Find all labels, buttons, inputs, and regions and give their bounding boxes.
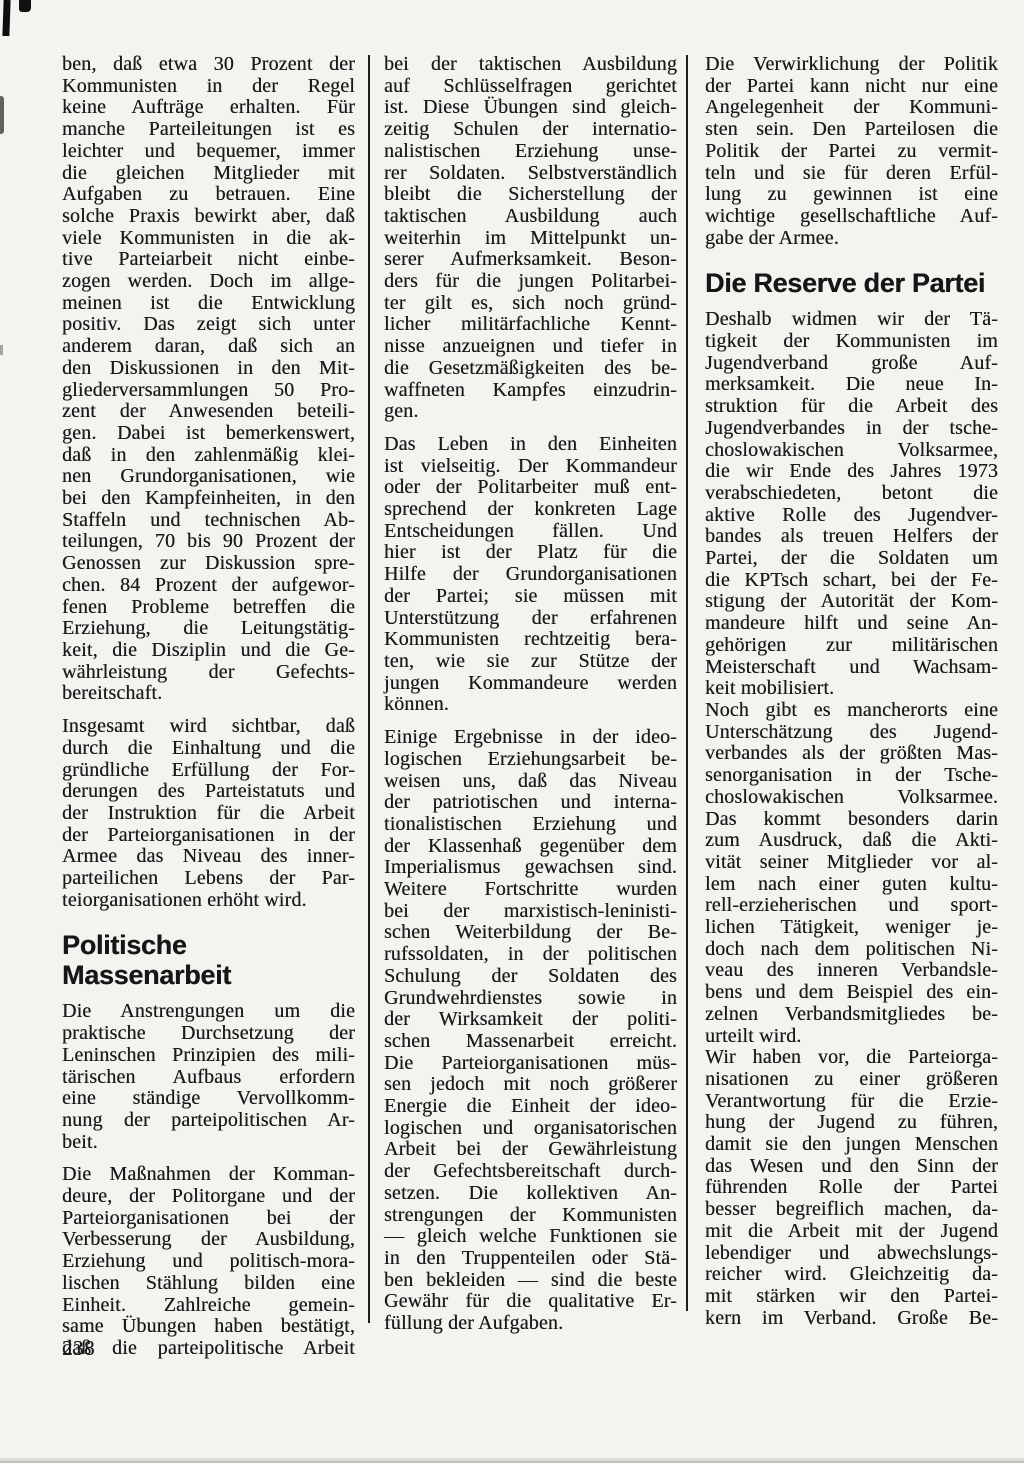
text-line: Die Parteiorganisationen müs- [384, 1053, 677, 1075]
text-line: verbandes als der größten Mas- [705, 743, 998, 765]
text-line: leichter und bequemer, immer [62, 141, 355, 163]
text-line: Erziehung und politisch-mora- [62, 1251, 355, 1273]
page-number: 238 [62, 1336, 95, 1361]
text-line: tionalistischen Erziehung und [384, 814, 677, 836]
text-line: Verantwortung für die Erzie- [705, 1091, 998, 1113]
text-line: mit die Arbeit mit der Jugend [705, 1221, 998, 1243]
text-line: sten sein. Den Parteilosen die [705, 119, 998, 141]
text-line: keit, die Disziplin und die Ge- [62, 640, 355, 662]
text-line: Einheit. Zahlreiche gemein- [62, 1295, 355, 1317]
scan-mark [19, 0, 31, 12]
text-line: reicher wird. Gleichzeitig da- [705, 1264, 998, 1286]
text-line: ist vielseitig. Der Kommandeur [384, 456, 677, 478]
text-line: strengungen der Kommunisten [384, 1205, 677, 1227]
text-line: chen. 84 Prozent der aufgewor- [62, 575, 355, 597]
text-line: die gleichen Mitglieder mit [62, 163, 355, 185]
text-line: bens und dem Beispiel des ein- [705, 982, 998, 1004]
column-divider-right [686, 55, 688, 1311]
text-line: daß die parteipolitische Arbeit [62, 1338, 355, 1360]
text-line: gen. Dabei ist bemerkenswert, [62, 423, 355, 445]
text-line: ist. Diese Übungen sind gleich- [384, 97, 677, 119]
text-line: Deshalb widmen wir der Tä- [705, 309, 998, 331]
text-line: Insgesamt wird sichtbar, daß [62, 716, 355, 738]
text-line: waffneten Kampfes einzudrin- [384, 380, 677, 402]
text-line: doch nach dem politischen Ni- [705, 939, 998, 961]
text-line: verabschiedeten, betont die [705, 483, 998, 505]
text-line: same Übungen haben bestätigt, [62, 1316, 355, 1338]
text-line: parteilichen Lebens der Par- [62, 868, 355, 890]
text-line: sprechend der konkreten Lage [384, 499, 677, 521]
text-line: zogen werden. Doch im allge- [62, 271, 355, 293]
text-line: der Parteiorganisationen in der [62, 825, 355, 847]
text-line: rufssoldaten, in der politischen [384, 944, 677, 966]
text-line: das Wesen und den Sinn der [705, 1156, 998, 1178]
text-line: keine Aufträge erhalten. Für [62, 97, 355, 119]
text-line: logischen und organisatorischen [384, 1118, 677, 1140]
text-line: gen. [384, 401, 677, 423]
text-line: ben, daß etwa 30 Prozent der [62, 54, 355, 76]
text-line: meinen ist die Entwicklung [62, 293, 355, 315]
text-line: bei der taktischen Ausbildung [384, 54, 677, 76]
text-line: zent der Anwesenden beteili- [62, 401, 355, 423]
text-line: füllung der Aufgaben. [384, 1313, 677, 1335]
text-line: Kommunisten rechtzeitig bera- [384, 629, 677, 651]
text-line: der Gefechtsbereitschaft durch- [384, 1161, 677, 1183]
text-line: veau des inneren Verbandsle- [705, 960, 998, 982]
text-line: Noch gibt es mancherorts eine [705, 700, 998, 722]
text-line: auf Schlüsselfragen gerichtet [384, 76, 677, 98]
text-line: choslowakischen Volksarmee. [705, 787, 998, 809]
text-line: gliederversammlungen 50 Pro- [62, 380, 355, 402]
text-line: die wir Ende des Jahres 1973 [705, 461, 998, 483]
text-line: nisationen zu einer größeren [705, 1069, 998, 1091]
text-line: stigung der Autorität der Kom- [705, 591, 998, 613]
text-line: mandeure hilft und seine An- [705, 613, 998, 635]
scan-mark [0, 345, 3, 355]
text-line: bei der marxistisch-leninisti- [384, 901, 677, 923]
section-heading: Die Reserve der Partei [705, 268, 998, 298]
text-line: Jugendverbandes in der tsche- [705, 418, 998, 440]
text-line: Kommunisten in der Regel [62, 76, 355, 98]
text-line: jungen Kommandeure werden [384, 673, 677, 695]
text-line: zeitig Schulen der internatio- [384, 119, 677, 141]
text-line: Einige Ergebnisse in der ideo- [384, 727, 677, 749]
paragraph: Wir haben vor, die Parteiorga-nisationen… [705, 1047, 998, 1329]
text-line: Jugendverband große Auf- [705, 353, 998, 375]
text-line: solche Praxis bewirkt aber, daß [62, 206, 355, 228]
text-line: besser begreiflich machen, da- [705, 1199, 998, 1221]
text-line: rer Soldaten. Selbstverständlich [384, 163, 677, 185]
text-line: Unterschätzung des Jugend- [705, 722, 998, 744]
text-line: nalistischen Erziehung unse- [384, 141, 677, 163]
scan-mark [2, 0, 10, 36]
text-line: struktion für die Arbeit des [705, 396, 998, 418]
text-line: lischen Stählung bilden eine [62, 1273, 355, 1295]
document-page: ben, daß etwa 30 Prozent derKommunisten … [0, 0, 1024, 1463]
text-line: nen Grundorganisationen, wie [62, 466, 355, 488]
text-line: bandes als treuen Helfers der [705, 526, 998, 548]
text-line: ders für die jungen Politarbei- [384, 271, 677, 293]
text-line: können. [384, 694, 677, 716]
text-line: Angelegenheit der Kommuni- [705, 97, 998, 119]
text-line: setzen. Die kollektiven An- [384, 1183, 677, 1205]
text-line: nung der parteipolitischen Ar- [62, 1110, 355, 1132]
text-line: den Diskussionen in den Mit- [62, 358, 355, 380]
text-line: teiorganisationen erhöht wird. [62, 890, 355, 912]
text-line: Entscheidungen fällen. Und [384, 521, 677, 543]
paragraph: Die Maßnahmen der Komman-deure, der Poli… [62, 1164, 355, 1359]
text-line: teln und sie für deren Erfül- [705, 163, 998, 185]
text-line: hung der Jugend zu führen, [705, 1112, 998, 1134]
column-2: bei der taktischen Ausbildungauf Schlüss… [384, 54, 677, 1335]
text-line: Aufgaben zu betrauen. Eine [62, 184, 355, 206]
text-line: anderem daran, daß sich an [62, 336, 355, 358]
text-line: Erziehung, die Leitungstätig- [62, 618, 355, 640]
text-line: serer Aufmerksamkeit. Beson- [384, 249, 677, 271]
paragraph: Deshalb widmen wir der Tä-tigkeit der Ko… [705, 309, 998, 700]
paragraph: Insgesamt wird sichtbar, daßdurch die Ei… [62, 716, 355, 911]
text-line: die KPTsch schart, bei der Fe- [705, 570, 998, 592]
scan-mark [0, 96, 4, 134]
text-line: der Klassenhaß gegenüber dem [384, 836, 677, 858]
column-divider-left [368, 55, 370, 1323]
text-line: der Partei kann nicht nur eine [705, 76, 998, 98]
text-line: Armee das Niveau des inner- [62, 846, 355, 868]
text-line: weisen uns, daß das Niveau [384, 771, 677, 793]
text-line: choslowakischen Volksarmee, [705, 440, 998, 462]
text-line: mit stärken wir den Partei- [705, 1286, 998, 1308]
text-line: Wir haben vor, die Parteiorga- [705, 1047, 998, 1069]
text-line: taktischen Ausbildung auch [384, 206, 677, 228]
text-line: der Partei; sie müssen mit [384, 586, 677, 608]
text-line: eine ständige Vervollkomm- [62, 1088, 355, 1110]
text-line: wichtige gesellschaftliche Auf- [705, 206, 998, 228]
paragraph: Das Leben in den Einheitenist vielseitig… [384, 434, 677, 716]
text-line: Die Verwirklichung der Politik [705, 54, 998, 76]
text-line: keit mobilisiert. [705, 678, 998, 700]
text-line: Hilfe der Grundorganisationen [384, 564, 677, 586]
text-line: nisse anzueignen und tiefer in [384, 336, 677, 358]
column-3: Die Verwirklichung der Politikder Partei… [705, 54, 998, 1329]
text-line: — gleich welche Funktionen sie [384, 1226, 677, 1248]
text-line: bereitschaft. [62, 683, 355, 705]
text-line: deure, der Politorgane und der [62, 1186, 355, 1208]
text-line: in den Truppenteilen oder Stä- [384, 1248, 677, 1270]
text-line: Die Maßnahmen der Komman- [62, 1164, 355, 1186]
text-line: schen Weiterbildung der Be- [384, 922, 677, 944]
text-line: Grundwehrdienstes sowie in [384, 988, 677, 1010]
text-line: Die Anstrengungen um die [62, 1001, 355, 1023]
text-line: derungen des Parteistatuts und [62, 781, 355, 803]
text-line: praktische Durchsetzung der [62, 1023, 355, 1045]
text-line: ben bekleiden — sind die beste [384, 1270, 677, 1292]
text-line: bei den Kampfeinheiten, in den [62, 488, 355, 510]
text-line: Meisterschaft und Wachsam- [705, 657, 998, 679]
text-line: daß in den zahlenmäßig klei- [62, 445, 355, 467]
text-line: der Instruktion für die Arbeit [62, 803, 355, 825]
column-1: ben, daß etwa 30 Prozent derKommunisten … [62, 54, 355, 1360]
text-line: Politik der Partei zu vermit- [705, 141, 998, 163]
text-line: fenen Probleme betreffen die [62, 597, 355, 619]
text-line: lung zu gewinnen ist eine [705, 184, 998, 206]
paragraph: Einige Ergebnisse in der ideo-logischen … [384, 727, 677, 1335]
text-line: kern im Verband. Große Be- [705, 1308, 998, 1330]
text-line: lem nach einer guten kultu- [705, 874, 998, 896]
text-line: die Gesetzmäßigkeiten des be- [384, 358, 677, 380]
text-line: sen jedoch mit noch größerer [384, 1074, 677, 1096]
text-line: währleistung der Gefechts- [62, 662, 355, 684]
text-line: tive Parteiarbeit nicht einbe- [62, 249, 355, 271]
text-line: urteilt wird. [705, 1026, 998, 1048]
text-line: ten, wie sie zur Stütze der [384, 651, 677, 673]
text-line: logischen Erziehungsarbeit be- [384, 749, 677, 771]
text-line: vität seiner Mitglieder vor al- [705, 852, 998, 874]
text-line: oder der Politarbeiter muß ent- [384, 477, 677, 499]
text-line: zum Ausdruck, daß die Akti- [705, 830, 998, 852]
text-line: Unterstützung der erfahrenen [384, 608, 677, 630]
text-line: aktive Rolle des Jugendver- [705, 505, 998, 527]
text-line: lichen Tätigkeit, weniger je- [705, 917, 998, 939]
text-line: gründliche Erfüllung der For- [62, 760, 355, 782]
text-line: senorganisation in der Tsche- [705, 765, 998, 787]
text-line: teilungen, 70 bis 90 Prozent der [62, 531, 355, 553]
text-line: weiterhin im Mittelpunkt un- [384, 228, 677, 250]
text-line: der patriotischen und interna- [384, 792, 677, 814]
text-line: lebendiger und abwechslungs- [705, 1243, 998, 1265]
text-line: bleibt die Sicherstellung der [384, 184, 677, 206]
paragraph: Die Anstrengungen um diepraktische Durch… [62, 1001, 355, 1153]
paragraph: Noch gibt es mancherorts eineUnterschätz… [705, 700, 998, 1047]
text-line: damit sie den jungen Menschen [705, 1134, 998, 1156]
text-line: Weitere Fortschritte wurden [384, 879, 677, 901]
text-line: Staffeln und technischen Ab- [62, 510, 355, 532]
text-line: beit. [62, 1132, 355, 1154]
text-line: licher militärfachliche Kennt- [384, 314, 677, 336]
text-line: gabe der Armee. [705, 228, 998, 250]
text-line: manche Parteileitungen ist es [62, 119, 355, 141]
text-line: Schulung der Soldaten des [384, 966, 677, 988]
text-line: ter gilt es, sich noch gründ- [384, 293, 677, 315]
text-line: tigkeit der Kommunisten im [705, 331, 998, 353]
text-line: hier ist der Platz für die [384, 542, 677, 564]
text-line: merksamkeit. Die neue In- [705, 374, 998, 396]
text-line: Verbesserung der Ausbildung, [62, 1229, 355, 1251]
text-line: schen Massenarbeit erreicht. [384, 1031, 677, 1053]
text-line: Genossen zur Diskussion spre- [62, 553, 355, 575]
text-line: Leninschen Prinzipien des mili- [62, 1045, 355, 1067]
text-line: gehörigen zur militärischen [705, 635, 998, 657]
paragraph: bei der taktischen Ausbildungauf Schlüss… [384, 54, 677, 423]
section-heading: Politische Massenarbeit [62, 930, 355, 990]
text-line: durch die Einhaltung und die [62, 738, 355, 760]
paragraph: Die Verwirklichung der Politikder Partei… [705, 54, 998, 249]
text-line: Das kommt besonders darin [705, 809, 998, 831]
text-line: Imperialismus gewachsen sind. [384, 857, 677, 879]
text-line: Das Leben in den Einheiten [384, 434, 677, 456]
text-line: zelnen Verbandsmitgliedes be- [705, 1004, 998, 1026]
text-line: führenden Rolle der Partei [705, 1177, 998, 1199]
text-line: Energie die Einheit der ideo- [384, 1096, 677, 1118]
text-line: der Wirksamkeit der politi- [384, 1009, 677, 1031]
text-line: positiv. Das zeigt sich unter [62, 314, 355, 336]
text-line: Parteiorganisationen bei der [62, 1208, 355, 1230]
paragraph: ben, daß etwa 30 Prozent derKommunisten … [62, 54, 355, 705]
text-line: viele Kommunisten in die ak- [62, 228, 355, 250]
text-line: tärischen Aufbaus erfordern [62, 1067, 355, 1089]
scan-bottom-edge [0, 1458, 1024, 1463]
text-line: Gewähr für die qualitative Er- [384, 1291, 677, 1313]
text-line: Partei, der die Soldaten um [705, 548, 998, 570]
text-line: rell-erzieherischen und sport- [705, 895, 998, 917]
text-line: Arbeit bei der Gewährleistung [384, 1139, 677, 1161]
